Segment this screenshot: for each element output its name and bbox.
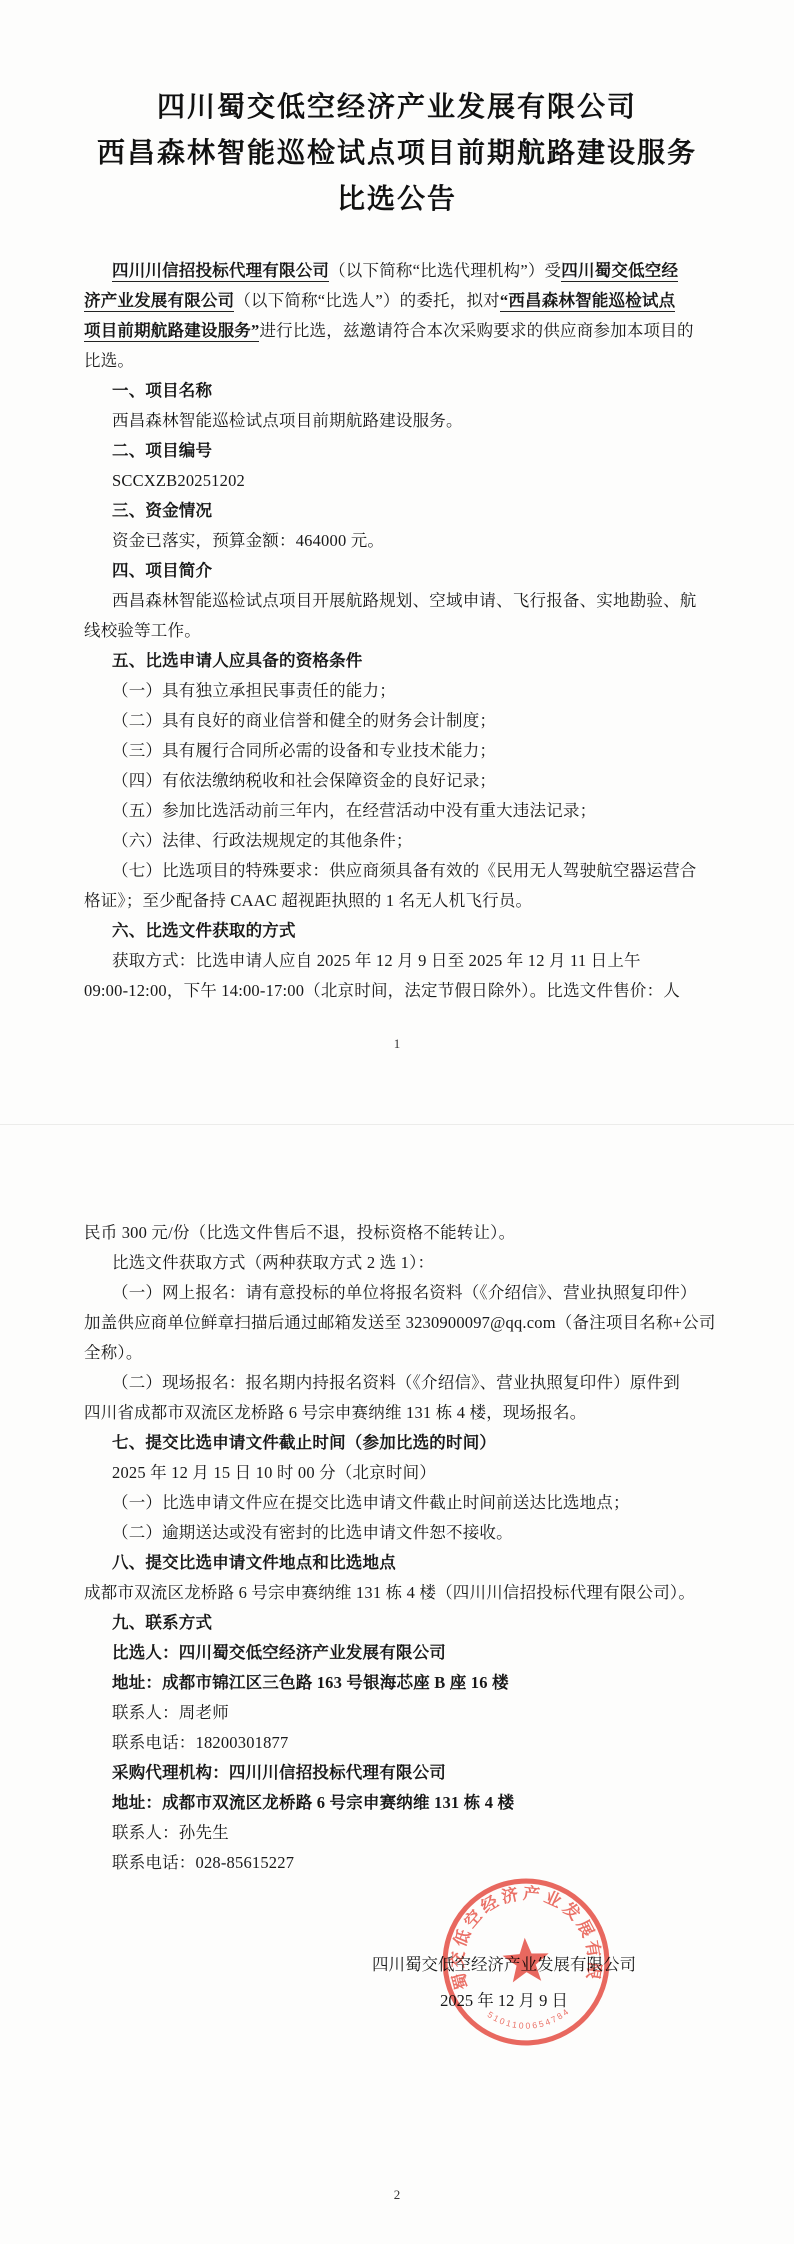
body-line: 全称）。 [84,1338,710,1368]
seal-number: 5101100654784 [485,2005,573,2033]
project-number: SCCXZB20251202 [84,466,710,496]
qualification-item-4: （四）有依法缴纳税收和社会保障资金的良好记录； [84,766,710,796]
purchaser-phone-line: 联系电话：18200301877 [84,1728,710,1758]
doc-title-line-1: 四川蜀交低空经济产业发展有限公司 [84,85,710,131]
qualification-item-7-cont: 格证》；至少配备持 CAAC 超视距执照的 1 名无人机飞行员。 [84,886,710,916]
qualification-item-7: （七）比选项目的特殊要求：供应商须具备有效的《民用无人驾驶航空器运营合 [84,856,710,886]
purchaser-line: 比选人：四川蜀交低空经济产业发展有限公司 [84,1638,710,1668]
section-3-heading: 三、资金情况 [84,496,710,526]
page-2: 民币 300 元/份（比选文件售后不退，投标资格不能转让）。 比选文件获取方式（… [0,1125,794,2243]
page-1: 四川蜀交低空经济产业发展有限公司 西昌森林智能巡检试点项目前期航路建设服务 比选… [0,0,794,1125]
intro-line-4: 比选。 [84,346,710,376]
budget-line: 资金已落实，预算金额：464000 元。 [84,526,710,556]
section-7-heading: 七、提交比选申请文件截止时间（参加比选的时间） [84,1428,710,1458]
doc-title-line-2: 西昌森林智能巡检试点项目前期航路建设服务 [84,131,710,177]
intro-line-2: 济产业发展有限公司（以下简称“比选人”）的委托，拟对“西昌森林智能巡检试点 [84,286,710,316]
body-line: 获取方式：比选申请人应自 2025 年 12 月 9 日至 2025 年 12 … [84,946,710,976]
section-1-heading: 一、项目名称 [84,376,710,406]
body-line: 西昌森林智能巡检试点项目前期航路建设服务。 [84,406,710,436]
page-number-1: 1 [0,1036,794,1052]
body-line: 西昌森林智能巡检试点项目开展航路规划、空域申请、飞行报备、实地勘验、航 [84,586,710,616]
email-line: 加盖供应商单位鲜章扫描后通过邮箱发送至 3230900097@qq.com（备注… [84,1308,710,1338]
deadline-line: 2025 年 12 月 15 日 10 时 00 分（北京时间） [84,1458,710,1488]
page-number-2: 2 [0,2187,794,2203]
qualification-item-6: （六）法律、行政法规规定的其他条件； [84,826,710,856]
qualification-item-1: （一）具有独立承担民事责任的能力； [84,676,710,706]
agent-phone-line: 联系电话：028-85615227 [84,1848,710,1878]
section-4-heading: 四、项目简介 [84,556,710,586]
star-icon [502,1937,550,1983]
intro-text-3: 进行比选，兹邀请符合本次采购要求的供应商参加本项目的 [259,321,693,340]
doc-title-line-3: 比选公告 [84,177,710,223]
doc-title: 四川蜀交低空经济产业发展有限公司 西昌森林智能巡检试点项目前期航路建设服务 比选… [84,85,710,223]
section-5-heading: 五、比选申请人应具备的资格条件 [84,646,710,676]
section-6-heading: 六、比选文件获取的方式 [84,916,710,946]
purchaser-address-line: 地址：成都市锦江区三色路 163 号银海芯座 B 座 16 楼 [84,1668,710,1698]
purchaser-company-name-part2: 济产业发展有限公司 [84,291,234,312]
agent-contact-line: 联系人：孙先生 [84,1818,710,1848]
purchaser-company-name-part1: 四川蜀交低空经 [561,261,678,282]
project-name-part2: 项目前期航路建设服务” [84,321,259,342]
section-8-heading: 八、提交比选申请文件地点和比选地点 [84,1548,710,1578]
agent-company-name: 四川川信招投标代理有限公司 [112,261,329,282]
body-line: （二）逾期送达或没有密封的比选申请文件恕不接收。 [84,1518,710,1548]
section-2-heading: 二、项目编号 [84,436,710,466]
body-line: 四川省成都市双流区龙桥路 6 号宗申赛纳维 131 栋 4 楼，现场报名。 [84,1398,710,1428]
project-name-part1: “西昌森林智能巡检试点 [500,291,675,312]
body-line: 民币 300 元/份（比选文件售后不退，投标资格不能转让）。 [84,1218,710,1248]
body-line: 09:00-12:00，下午 14:00-17:00（北京时间，法定节假日除外）… [84,976,710,1006]
online-registration-line: （一）网上报名：请有意投标的单位将报名资料（《介绍信》、营业执照复印件） [84,1278,710,1308]
qualification-item-5: （五）参加比选活动前三年内，在经营活动中没有重大违法记录； [84,796,710,826]
intro-text-1: （以下简称“比选代理机构”）受 [329,261,561,280]
section-9-heading: 九、联系方式 [84,1608,710,1638]
body-line: （一）比选申请文件应在提交比选申请文件截止时间前送达比选地点； [84,1488,710,1518]
agent-line: 采购代理机构：四川川信招投标代理有限公司 [84,1758,710,1788]
qualification-item-3: （三）具有履行合同所必需的设备和专业技术能力； [84,736,710,766]
intro-line-3: 项目前期航路建设服务”进行比选，兹邀请符合本次采购要求的供应商参加本项目的 [84,316,710,346]
body-line: 比选文件获取方式（两种获取方式 2 选 1）： [84,1248,710,1278]
body-line: 线校验等工作。 [84,616,710,646]
onsite-registration-line: （二）现场报名：报名期内持报名资料（《介绍信》、营业执照复印件）原件到 [84,1368,710,1398]
submission-address-line: 成都市双流区龙桥路 6 号宗申赛纳维 131 栋 4 楼（四川川信招投标代理有限… [84,1578,710,1608]
qualification-item-2: （二）具有良好的商业信誉和健全的财务会计制度； [84,706,710,736]
company-seal: 四川蜀交低空经济产业发展有限公司 5101100654784 [432,1868,619,2055]
intro-line-1: 四川川信招投标代理有限公司（以下简称“比选代理机构”）受四川蜀交低空经 [84,256,710,286]
agent-address-line: 地址：成都市双流区龙桥路 6 号宗申赛纳维 131 栋 4 楼 [84,1788,710,1818]
intro-text-2: （以下简称“比选人”）的委托，拟对 [234,291,500,310]
purchaser-contact-line: 联系人：周老师 [84,1698,710,1728]
svg-text:5101100654784: 5101100654784 [485,2005,573,2033]
